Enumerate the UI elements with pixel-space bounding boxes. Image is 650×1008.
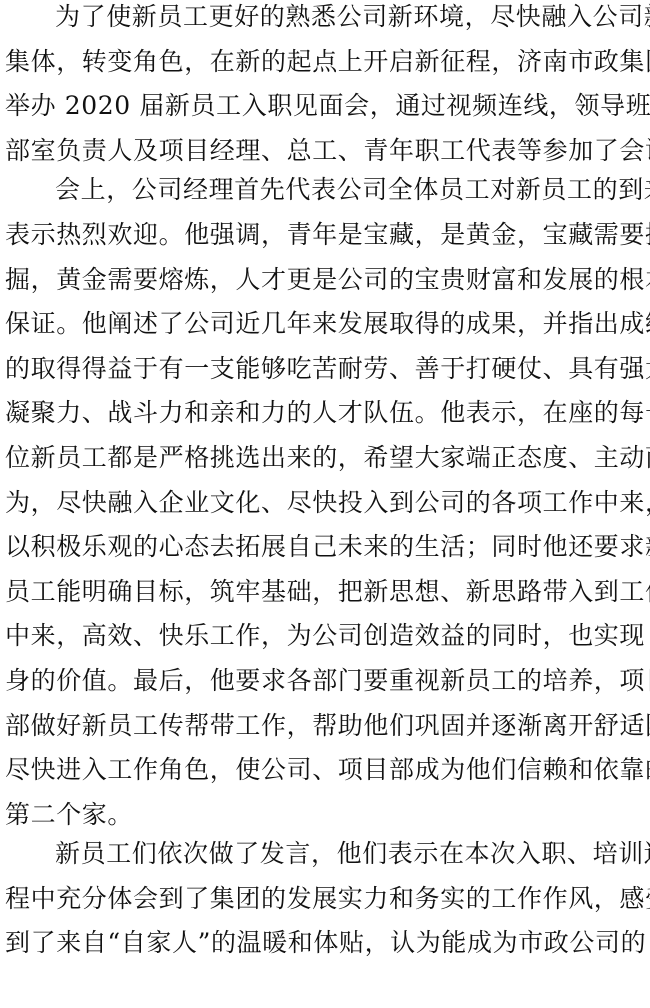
text-line: 以积极乐观的心态去拓展自己未来的生活；同时他还要求新 bbox=[5, 525, 645, 570]
text-line: 位新员工都是严格挑选出来的，希望大家端正态度、主动而 bbox=[5, 436, 645, 481]
text-line: 部室负责人及项目经理、总工、青年职工代表等参加了会议。 bbox=[5, 129, 645, 174]
text-line: 会上，公司经理首先代表公司全体员工对新员工的到来 bbox=[5, 168, 645, 213]
text-line: 的取得得益于有一支能够吃苦耐劳、善于打硬仗、具有强大 bbox=[5, 347, 645, 392]
text-line: 集体，转变角色，在新的起点上开启新征程，济南市政集团 bbox=[5, 40, 645, 85]
text-line: 为了使新员工更好的熟悉公司新环境，尽快融入公司新 bbox=[5, 0, 645, 40]
text-line: 掘，黄金需要熔炼，人才更是公司的宝贵财富和发展的根本 bbox=[5, 258, 645, 303]
text-line: 为，尽快融入企业文化、尽快投入到公司的各项工作中来， bbox=[5, 481, 645, 526]
text-line: 尽快进入工作角色，使公司、项目部成为他们信赖和依靠的 bbox=[5, 748, 645, 793]
text-line: 举办 2020 届新员工入职见面会，通过视频连线，领导班子、 bbox=[5, 84, 645, 129]
text-line: 身的价值。最后，他要求各部门要重视新员工的培养，项目 bbox=[5, 659, 645, 704]
text-line: 新员工们依次做了发言，他们表示在本次入职、培训过 bbox=[5, 832, 645, 877]
text-line: 员工能明确目标，筑牢基础，把新思想、新思路带入到工作 bbox=[5, 570, 645, 615]
text-line: 到了来自“自家人”的温暖和体贴，认为能成为市政公司的 bbox=[5, 921, 645, 966]
text-line: 表示热烈欢迎。他强调，青年是宝藏，是黄金，宝藏需要挖 bbox=[5, 213, 645, 258]
text-line: 凝聚力、战斗力和亲和力的人才队伍。他表示，在座的每一 bbox=[5, 391, 645, 436]
text-line: 第二个家。 bbox=[5, 793, 645, 838]
paragraph-2: 会上，公司经理首先代表公司全体员工对新员工的到来 表示热烈欢迎。他强调，青年是宝… bbox=[5, 168, 645, 837]
text-line: 保证。他阐述了公司近几年来发展取得的成果，并指出成绩 bbox=[5, 302, 645, 347]
text-line: 中来，高效、快乐工作，为公司创造效益的同时，也实现自 bbox=[5, 614, 645, 659]
text-line: 部做好新员工传帮带工作，帮助他们巩固并逐渐离开舒适圈， bbox=[5, 704, 645, 749]
paragraph-3: 新员工们依次做了发言，他们表示在本次入职、培训过 程中充分体会到了集团的发展实力… bbox=[5, 832, 645, 966]
document-body: 为了使新员工更好的熟悉公司新环境，尽快融入公司新 集体，转变角色，在新的起点上开… bbox=[5, 0, 645, 966]
text-line: 程中充分体会到了集团的发展实力和务实的工作作风，感受 bbox=[5, 877, 645, 922]
paragraph-1: 为了使新员工更好的熟悉公司新环境，尽快融入公司新 集体，转变角色，在新的起点上开… bbox=[5, 0, 645, 173]
